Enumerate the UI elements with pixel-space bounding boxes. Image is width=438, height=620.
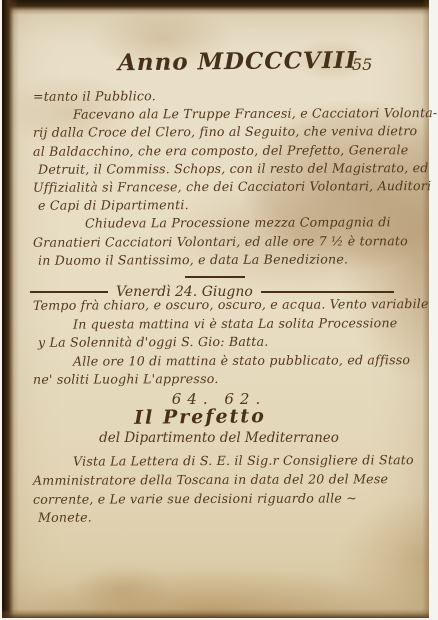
first-entry-text: =tanto il Pubblico. Facevano ala Le Trup… bbox=[33, 87, 398, 269]
manuscript-line: Alle ore 10 di mattina è stato pubblicat… bbox=[33, 351, 398, 371]
decree-issuer-subtitle: del Dipartimento del Mediterraneo bbox=[0, 430, 438, 446]
section-divider-rule bbox=[185, 276, 245, 278]
manuscript-line: In questa mattina vi è stata La solita P… bbox=[33, 314, 398, 334]
manuscript-line: ne' soliti Luoghi L'appresso. bbox=[33, 369, 398, 389]
manuscript-photo: Anno MDCCCVIII 55 =tanto il Pubblico. Fa… bbox=[0, 0, 438, 620]
manuscript-line: corrente, e Le varie sue decisioni rigua… bbox=[33, 489, 398, 509]
page-header: Anno MDCCCVIII 55 bbox=[0, 48, 438, 82]
manuscript-line: Facevano ala Le Truppe Francesi, e Cacci… bbox=[33, 104, 398, 124]
manuscript-line: =tanto il Pubblico. bbox=[33, 86, 398, 106]
decree-body-text: Vista La Lettera di S. E. il Sig.r Consi… bbox=[33, 452, 398, 527]
manuscript-line: al Baldacchino, che era composto, del Pr… bbox=[33, 141, 398, 161]
year-title: Anno MDCCCVIII bbox=[118, 47, 357, 77]
weather-entry-text: Tempo frà chiaro, e oscuro, oscuro, e ac… bbox=[33, 296, 398, 389]
page-number: 55 bbox=[352, 55, 372, 74]
manuscript-line: Detruit, il Commiss. Schops, con il rest… bbox=[33, 159, 398, 179]
manuscript-line: Uffizialità sì Francese, che dei Cacciat… bbox=[33, 177, 398, 197]
manuscript-line: Chiudeva La Processione mezza Compagnia … bbox=[33, 214, 398, 234]
date-rule-right bbox=[261, 291, 394, 293]
manuscript-line: Granatieri Cacciatori Volontari, ed alle… bbox=[33, 232, 398, 252]
manuscript-line: Amministratore della Toscana in data del… bbox=[33, 470, 398, 490]
manuscript-line: in Duomo il Santissimo, e data La Benedi… bbox=[33, 250, 398, 270]
manuscript-line: Monete. bbox=[33, 508, 398, 528]
manuscript-line: Tempo frà chiaro, e oscuro, oscuro, e ac… bbox=[33, 295, 398, 315]
manuscript-line: e Capi di Dipartimenti. bbox=[33, 195, 398, 215]
manuscript-line: Vista La Lettera di S. E. il Sig.r Consi… bbox=[33, 451, 398, 471]
manuscript-line: rij dalla Croce del Clero, fino al Segui… bbox=[33, 123, 398, 143]
manuscript-line: y La Solennità d'oggi S. Gio: Batta. bbox=[33, 332, 398, 352]
date-rule-left bbox=[30, 291, 108, 293]
